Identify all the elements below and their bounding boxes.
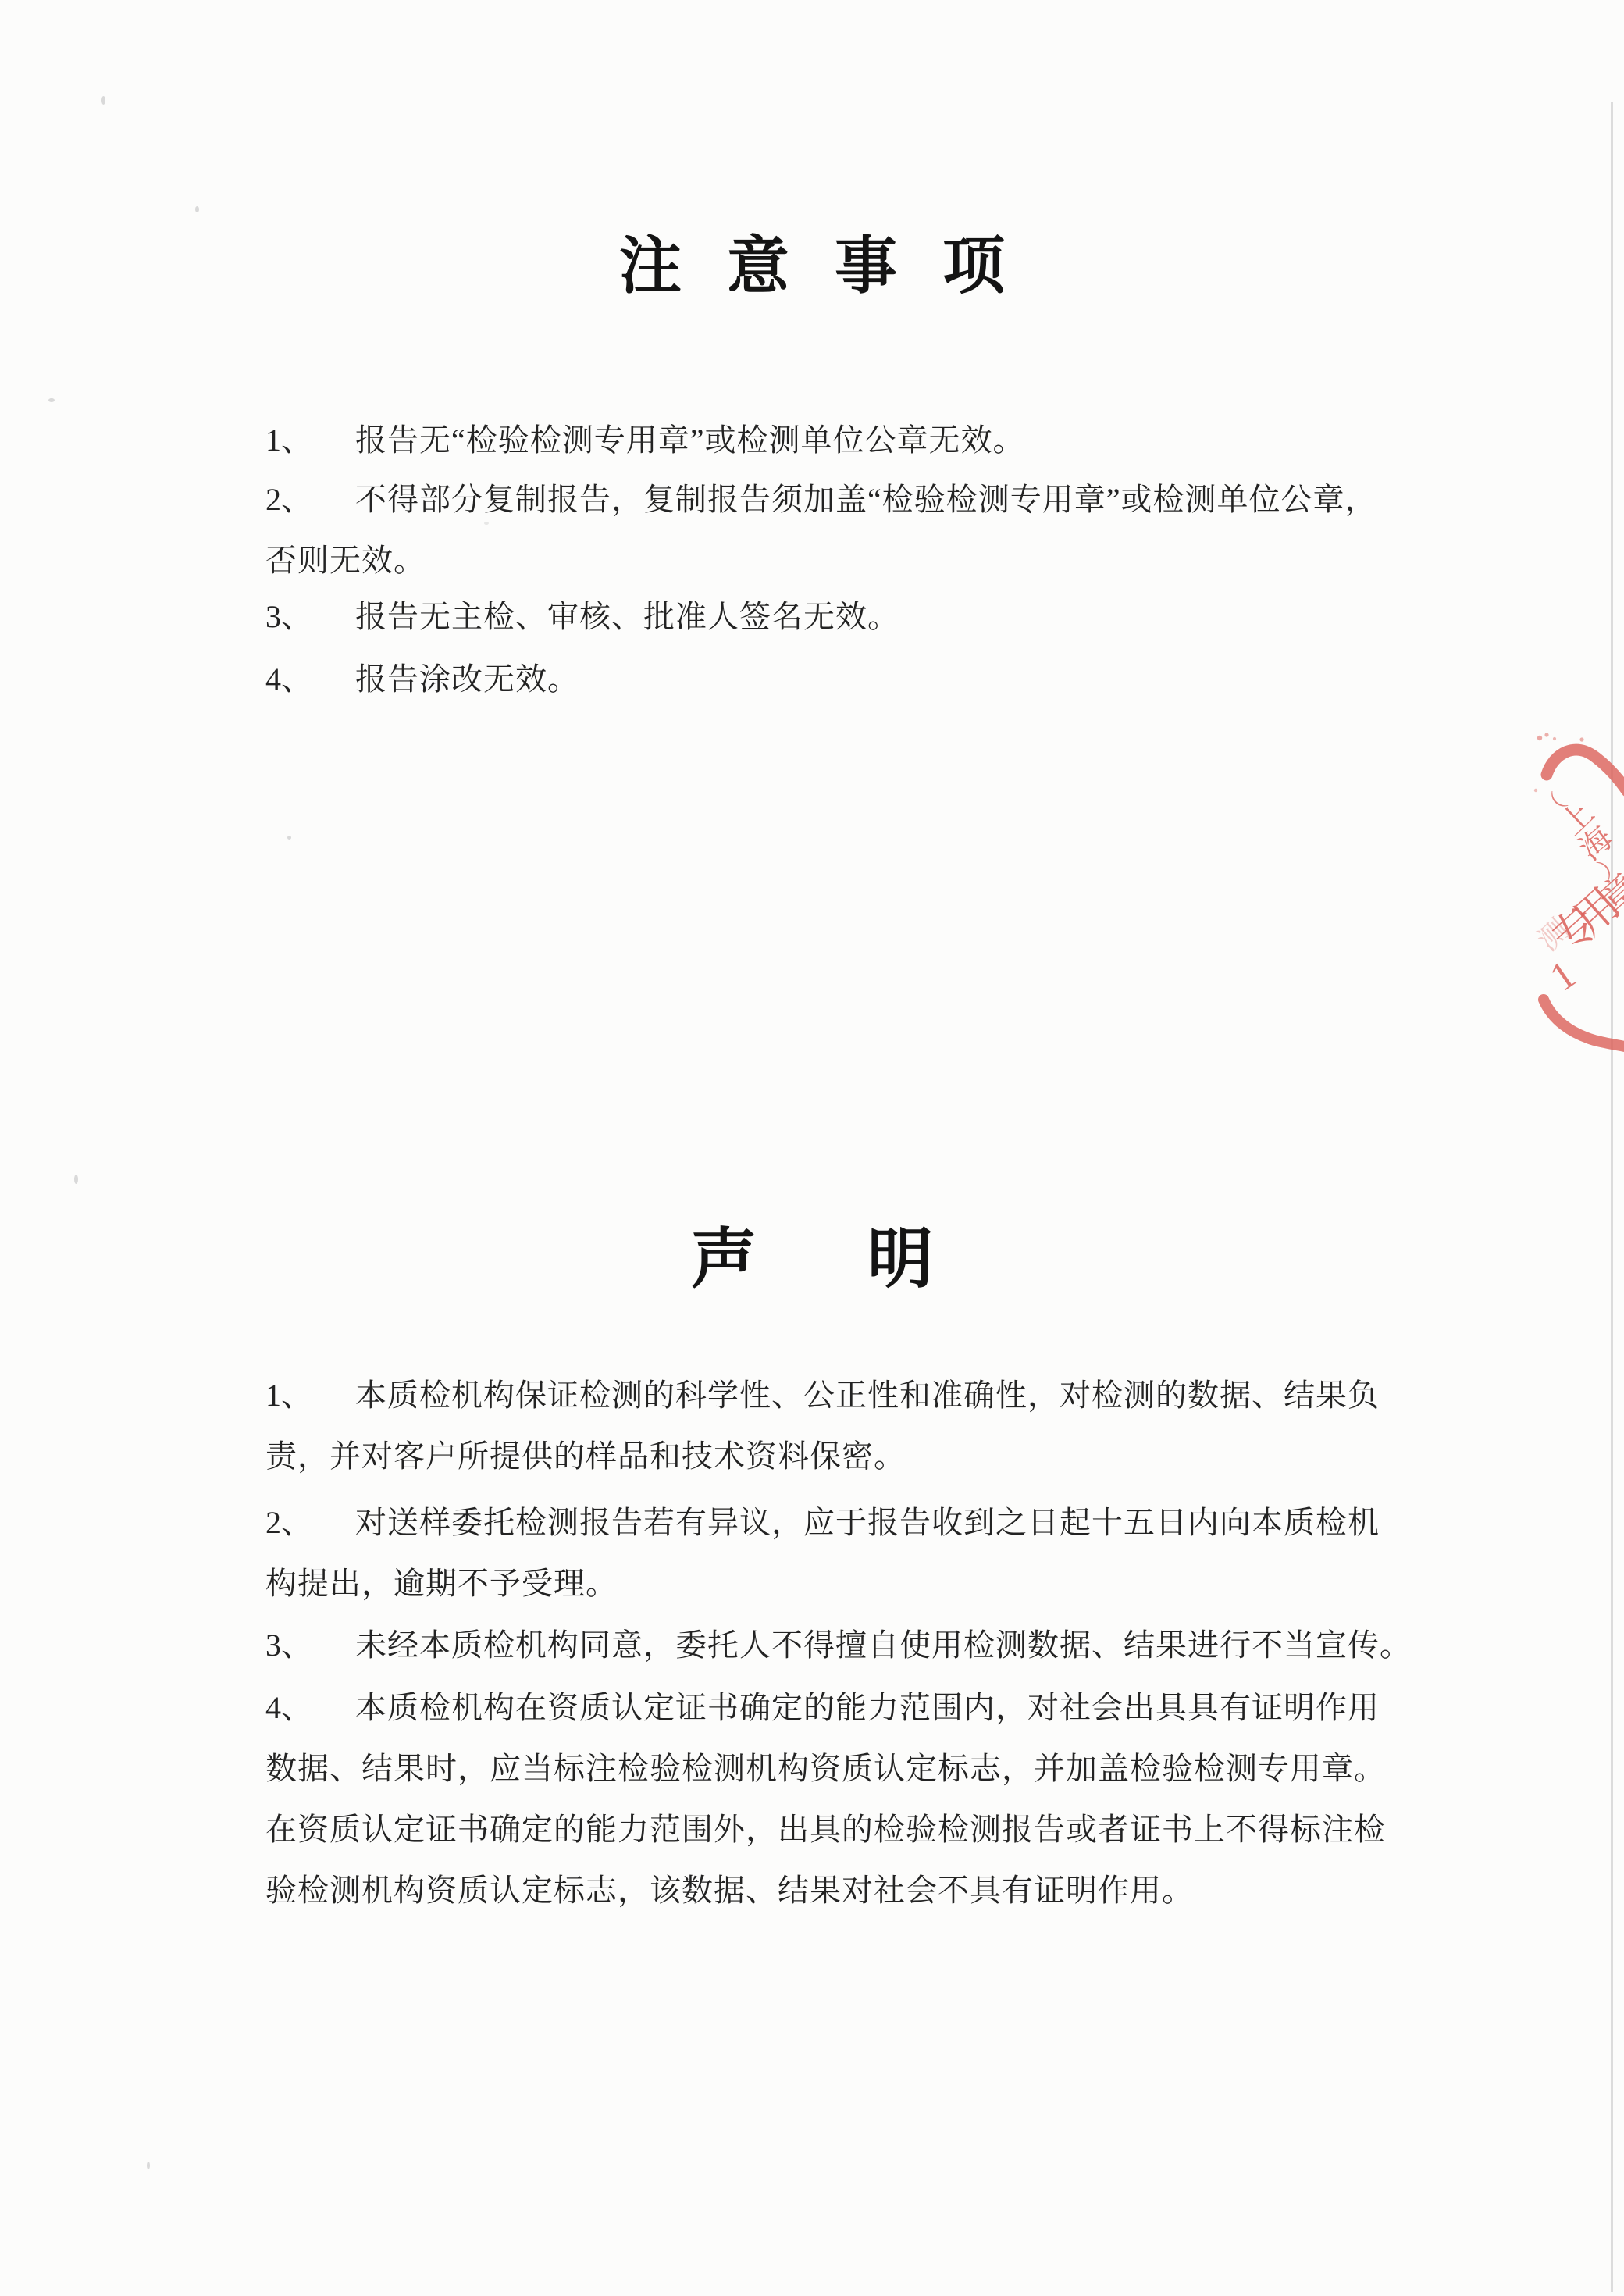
item-text: 对送样委托检测报告若有异议，应于报告收到之日起十五日内向本质检机 <box>355 1505 1380 1540</box>
item-number: 3、 <box>265 1615 355 1676</box>
seal-ink-speck <box>1537 736 1542 740</box>
notice-title: 注意事项 <box>0 236 1624 298</box>
item-line: 责，并对客户所提供的样品和技术资料保密。 <box>265 1426 1483 1487</box>
item-number: 4、 <box>265 649 355 710</box>
item-number: 2、 <box>265 469 355 530</box>
item-text: 报告无主检、审核、批准人签名无效。 <box>355 599 899 634</box>
scan-speck <box>74 1175 78 1184</box>
item-line: 构提出，逾期不予受理。 <box>265 1553 1483 1614</box>
notice-item-2: 2、不得部分复制报告，复制报告须加盖“检验检测专用章”或检测单位公章， 否则无效… <box>265 469 1483 591</box>
item-line: 1、本质检机构保证检测的科学性、公正性和准确性，对检测的数据、结果负 <box>265 1365 1483 1426</box>
item-text: 本质检机构保证检测的科学性、公正性和准确性，对检测的数据、结果负 <box>355 1378 1380 1413</box>
declaration-title: 声明 <box>0 1228 1624 1293</box>
red-seal-stamp: （ 上 海 ） 专 用 章 测 1 <box>1515 687 1624 1062</box>
notice-item-1: 1、报告无“检验检测专用章”或检测单位公章无效。 <box>265 410 1483 471</box>
scan-speck <box>101 96 105 105</box>
item-text: 未经本质检机构同意，委托人不得擅自使用检测数据、结果进行不当宣传。 <box>355 1628 1412 1663</box>
scan-speck <box>147 2162 150 2169</box>
item-text: 报告无“检验检测专用章”或检测单位公章无效。 <box>355 422 1025 458</box>
document-page: 注意事项 1、报告无“检验检测专用章”或检测单位公章无效。 2、不得部分复制报告… <box>0 0 1624 2296</box>
seal-ink-speck <box>1553 737 1556 740</box>
item-number: 1、 <box>265 1365 355 1426</box>
scan-speck <box>195 206 199 212</box>
seal-ring-arc-bottom <box>1544 1000 1624 1047</box>
item-line: 2、不得部分复制报告，复制报告须加盖“检验检测专用章”或检测单位公章， <box>265 469 1483 530</box>
item-number: 4、 <box>265 1677 355 1738</box>
item-text: 不得部分复制报告，复制报告须加盖“检验检测专用章”或检测单位公章， <box>355 482 1377 517</box>
item-line: 数据、结果时，应当标注检验检测机构资质认定标志，并加盖检验检测专用章。 <box>265 1738 1483 1799</box>
item-number: 2、 <box>265 1492 355 1553</box>
item-line: 在资质认定证书确定的能力范围外，出具的检验检测报告或者证书上不得标注检 <box>265 1799 1483 1860</box>
notice-item-3: 3、报告无主检、审核、批准人签名无效。 <box>265 586 1483 647</box>
item-line: 1、报告无“检验检测专用章”或检测单位公章无效。 <box>265 410 1483 471</box>
item-line: 否则无效。 <box>265 530 1483 591</box>
item-line: 3、报告无主检、审核、批准人签名无效。 <box>265 586 1483 647</box>
item-number: 1、 <box>265 410 355 471</box>
seal-ink-speck <box>1579 737 1583 741</box>
item-text: 本质检机构在资质认定证书确定的能力范围内，对社会出具具有证明作用 <box>355 1690 1380 1725</box>
scan-speck <box>48 398 55 402</box>
declaration-item-3: 3、未经本质检机构同意，委托人不得擅自使用检测数据、结果进行不当宣传。 <box>265 1615 1483 1676</box>
declaration-item-4: 4、本质检机构在资质认定证书确定的能力范围内，对社会出具具有证明作用 数据、结果… <box>265 1677 1483 1921</box>
scan-speck <box>287 836 291 840</box>
seal-ink-speck <box>1544 733 1548 736</box>
item-text: 报告涂改无效。 <box>355 661 579 697</box>
notice-item-4: 4、报告涂改无效。 <box>265 649 1483 710</box>
item-line: 3、未经本质检机构同意，委托人不得擅自使用检测数据、结果进行不当宣传。 <box>265 1615 1483 1676</box>
declaration-item-1: 1、本质检机构保证检测的科学性、公正性和准确性，对检测的数据、结果负 责，并对客… <box>265 1365 1483 1487</box>
seal-ink-speck <box>1534 789 1537 792</box>
item-number: 3、 <box>265 586 355 647</box>
declaration-item-2: 2、对送样委托检测报告若有异议，应于报告收到之日起十五日内向本质检机 构提出，逾… <box>265 1492 1483 1614</box>
item-line: 4、报告涂改无效。 <box>265 649 1483 710</box>
item-line: 4、本质检机构在资质认定证书确定的能力范围内，对社会出具具有证明作用 <box>265 1677 1483 1738</box>
scan-edge-line <box>1611 102 1613 2292</box>
item-line: 验检测机构资质认定标志，该数据、结果对社会不具有证明作用。 <box>265 1860 1483 1921</box>
item-line: 2、对送样委托检测报告若有异议，应于报告收到之日起十五日内向本质检机 <box>265 1492 1483 1553</box>
seal-ring-arc-top <box>1547 750 1624 791</box>
